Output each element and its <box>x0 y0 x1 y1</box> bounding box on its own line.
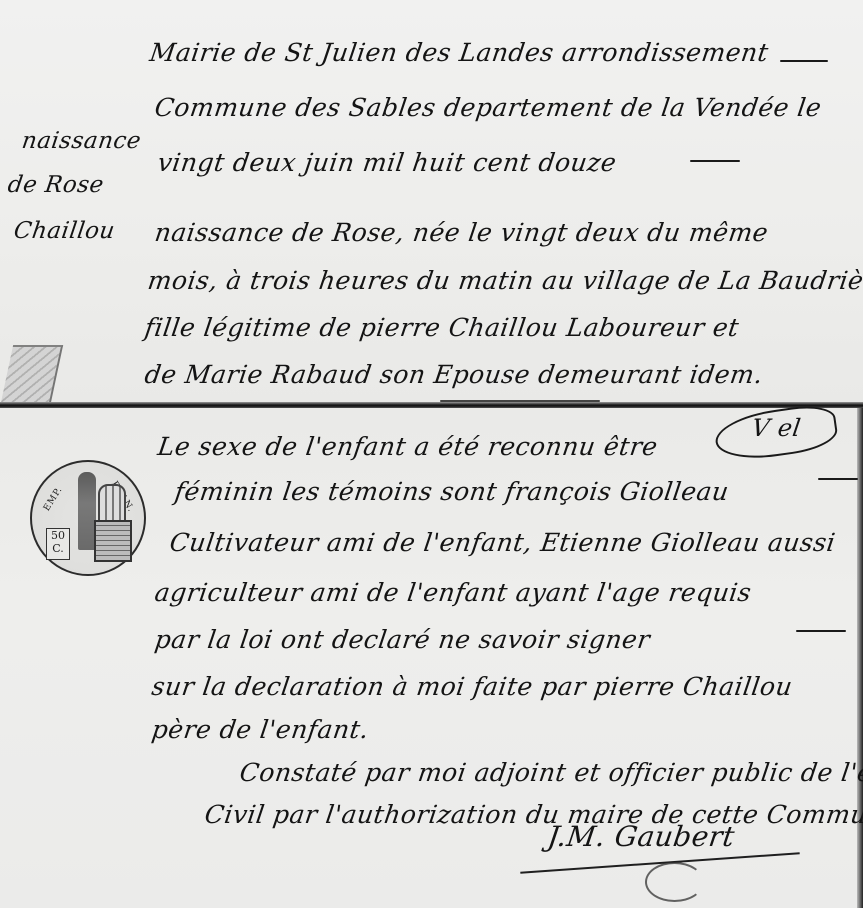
record-line-6: fille légitime de pierre Chaillou Labour… <box>143 313 741 342</box>
stamp-altar-icon <box>94 520 132 562</box>
stamp-value-number: 50 <box>47 529 69 542</box>
stamp-value-unit: C. <box>47 542 69 555</box>
record-line-2: Commune des Sables departement de la Ven… <box>153 93 823 122</box>
margin-note-line-3: Chaillou <box>12 218 117 244</box>
margin-note-line-2: de Rose <box>6 172 105 198</box>
record-line-4: naissance de Rose, née le vingt deux du … <box>153 218 770 247</box>
line-filler-rule <box>690 160 740 162</box>
record-line-8: Le sexe de l'enfant a été reconnu être <box>156 432 660 461</box>
official-signature: J.M. Gaubert <box>546 820 737 853</box>
record-line-3: vingt deux juin mil huit cent douze <box>156 148 618 177</box>
record-line-16: Civil par l'authorization du maire de ce… <box>203 800 863 829</box>
line-filler-rule <box>796 630 846 632</box>
line-filler-rule <box>818 478 858 480</box>
annotation-text: V el <box>750 414 803 442</box>
line-filler-rule <box>780 60 828 62</box>
folded-page-corner <box>0 345 63 405</box>
record-line-10: Cultivateur ami de l'enfant, Etienne Gio… <box>168 528 837 557</box>
record-line-7: de Marie Rabaud son Epouse demeurant ide… <box>143 360 765 389</box>
page-edge-shadow <box>857 408 863 908</box>
record-line-12: par la loi ont declaré ne savoir signer <box>153 625 652 654</box>
record-line-13: sur la declaration à moi faite par pierr… <box>150 672 794 701</box>
record-line-14: père de l'enfant. <box>150 715 371 744</box>
register-page-top: naissance de Rose Chaillou Mairie de St … <box>0 0 863 405</box>
stamp-left-text: EMP. <box>42 485 65 513</box>
record-line-5: mois, à trois heures du matin au village… <box>146 266 863 295</box>
record-line-15: Constaté par moi adjoint et officier pub… <box>238 758 863 787</box>
stamp-value: 50 C. <box>46 528 70 560</box>
record-line-11: agriculteur ami de l'enfant ayant l'age … <box>153 578 753 607</box>
record-line-1: Mairie de St Julien des Landes arrondiss… <box>148 38 770 67</box>
tax-stamp: EMP. FRAN. 50 C. <box>30 460 146 576</box>
record-line-9: féminin les témoins sont françois Giolle… <box>173 477 731 506</box>
signature-paraph-icon <box>645 862 704 902</box>
margin-note-line-1: naissance <box>20 128 143 154</box>
stamp-tablets-icon <box>98 484 126 524</box>
